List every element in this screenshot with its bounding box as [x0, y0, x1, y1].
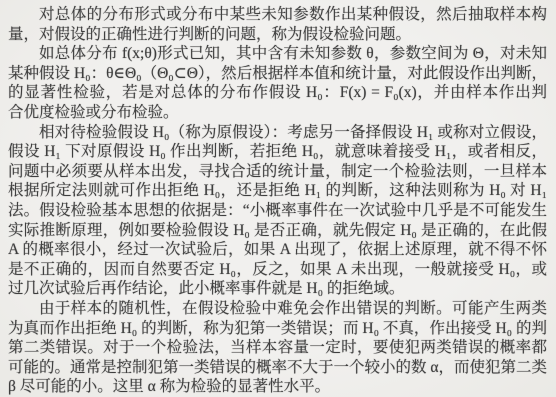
- text-line: 第二类错误。对于一个检验法，当样本容量一定时，要使犯两类错误的概率都达到最小是不: [8, 338, 547, 358]
- text-line: 根据所定法则就可作出拒绝 H₀，还是拒绝 H₁ 的判断，这种法则称为 H₀ 对 …: [8, 181, 547, 201]
- text-line: 量，对假设的正确性进行判断的问题，称为假设检验问题。: [8, 25, 547, 45]
- text-line: 过几次试验后再作结论，此小概率事件就是 H₀ 的拒绝域。: [8, 279, 547, 299]
- text-line: 假设 H₁ 下对原假设 H₀ 作出判断，若拒绝 H₀，就意味着接受 H₁，或者相…: [8, 142, 547, 162]
- text-line: 法。假设检验基本思想的依据是：“小概率事件在一次试验中几乎是不可能发生的”，这一: [8, 201, 547, 221]
- text-line: 合优度检验或分布检验。: [8, 103, 547, 123]
- text-line: 某种假设 H₀：θ∈Θ₀（Θ₀⊂Θ），然后根据样本值和统计量，对此假设作出判断，…: [8, 64, 547, 84]
- text-line: A 的概率很小，经过一次试验后，如果 A 出现了，依据上述原理，就不得不怀疑原先…: [8, 240, 547, 260]
- text-line: 为真而作出拒绝 H₀ 的判断，称为犯第一类错误；而 H₀ 不真，作出接受 H₀ …: [8, 319, 547, 339]
- text-line: 对总体的分布形式或分布中某些未知参数作出某种假设，然后抽取样本构造合适的统计: [8, 5, 547, 25]
- text-line: 是不正确的，因而自然要否定 H₀，反之，如果 A 未出现，一般就接受 H₀，或保…: [8, 260, 547, 280]
- text-line: 由于样本的随机性，在假设检验中难免会作出错误的判断。可能产生两类错误：当 H₀: [8, 299, 547, 319]
- text-line: 实际推断原理，例如要检验假设 H₀ 是否正确，就先假定 H₀ 是正确的，在此假定…: [8, 221, 547, 241]
- text-line: 相对待检验假设 H₀（称为原假设）：考虑另一备择假设 H₁ 或称对立假设，在给定…: [8, 123, 547, 143]
- text-line: 的显著性检验，若是对总体的分布作假设 H₀：F(x) = F₀(x)，并由样本作…: [8, 83, 547, 103]
- text-line: 如总体分布 f(x;θ)形式已知，其中含有未知参数 θ，参数空间为 Θ，对未知参…: [8, 44, 547, 64]
- document-page: 对总体的分布形式或分布中某些未知参数作出某种假设，然后抽取样本构造合适的统计 量…: [0, 0, 556, 397]
- text-line: β 尽可能的小。这里 α 称为检验的显著性水平。: [8, 377, 547, 397]
- text-line: 可能的。通常是控制犯第一类错误的概率不大于一个较小的数 α，而使犯第二类错误的概…: [8, 358, 547, 378]
- text-line: 问题中必须要从样本出发，寻找合适的统计量，制定一个检验法则，一旦样本值取定后，: [8, 162, 547, 182]
